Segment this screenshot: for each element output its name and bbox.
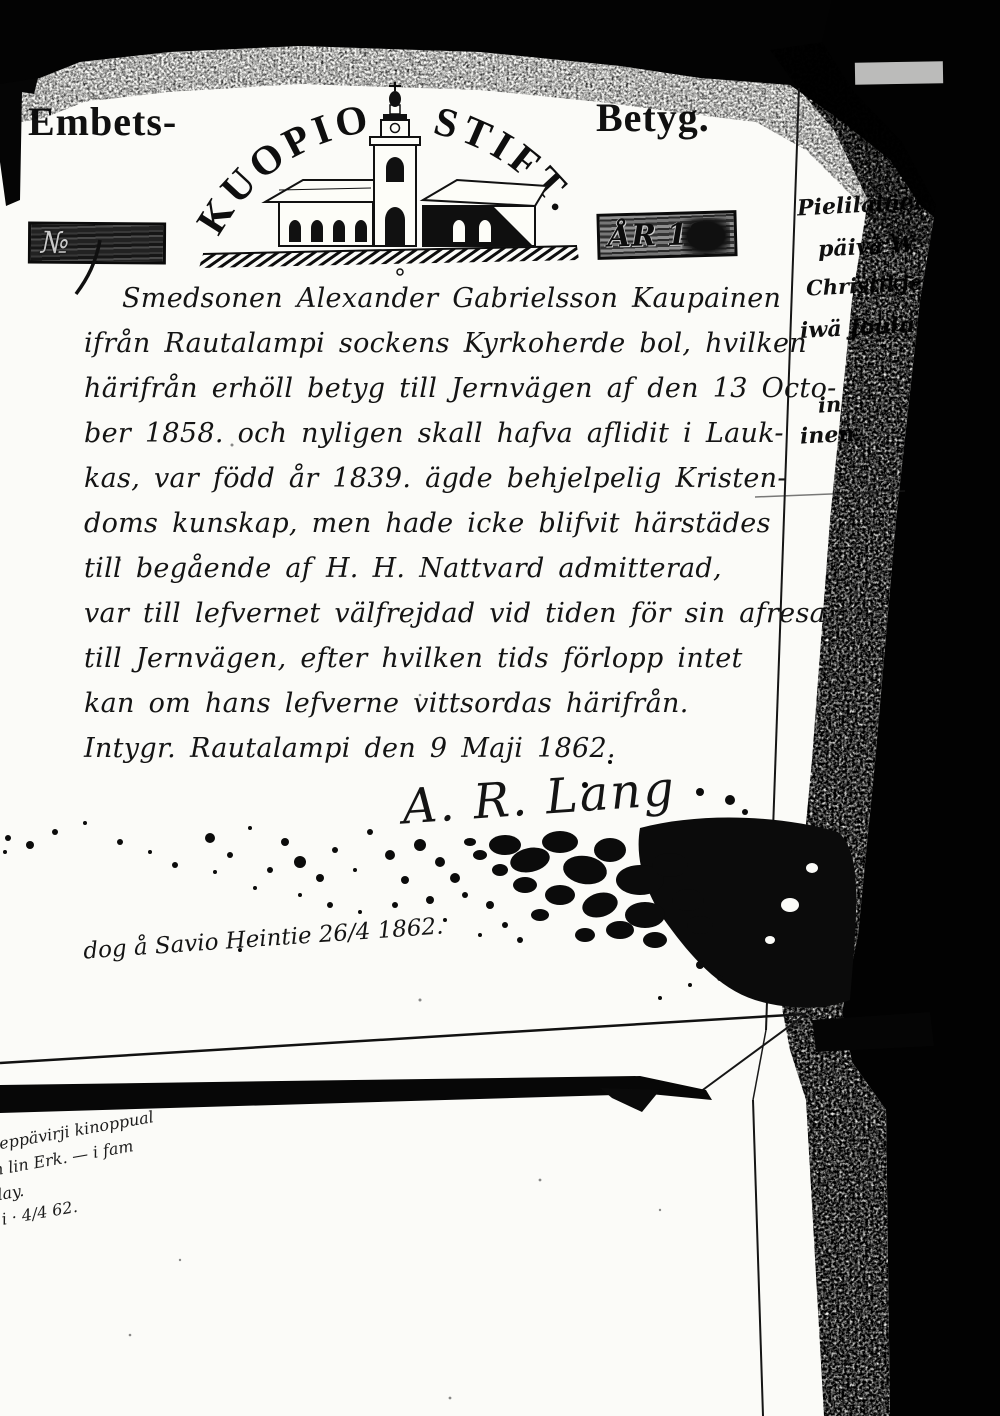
sheet-edge-line xyxy=(0,1014,806,1063)
body-line: till begående af H. H. Nattvard admitter… xyxy=(84,553,722,584)
page-edge-line xyxy=(753,1100,763,1416)
body-line: var till lefvernet välfrejdad vid tiden … xyxy=(84,598,826,629)
adjacent-page-fragment: päivä W xyxy=(817,231,916,262)
scanned-certificate-page: Embets- Betyg. KUOPIO STIFT. xyxy=(0,0,1000,1416)
body-line: ifrån Rautalampi sockens Kyrkoherde bol,… xyxy=(84,328,807,359)
header-right-title: Betyg. xyxy=(596,94,710,141)
body-line: Intygr. Rautalampi den 9 Maji 1862. xyxy=(84,733,616,764)
handwritten-body: Smedsonen Alexander Gabrielsson Kaupaine… xyxy=(84,283,804,803)
adjacent-page-fragment: in xyxy=(817,391,842,417)
body-line: kan om hans lefverne vittsordas härifrån… xyxy=(84,688,689,719)
adjacent-page-fragment: inen. xyxy=(799,420,862,449)
number-label: № xyxy=(41,225,70,260)
bottom-left-note: Leppävirji kinoppual n lin Erk. — i fam … xyxy=(0,1104,169,1232)
body-line: till Jernvägen, efter hvilken tids förlo… xyxy=(84,643,743,674)
body-line: doms kunskap, men hade icke blifvit härs… xyxy=(84,508,771,539)
sheet-shadow-wedge xyxy=(0,1076,712,1113)
ink-smudge xyxy=(682,217,731,254)
certificate-number-box: № xyxy=(28,222,166,265)
adjacent-page-fragment: Pielilainen xyxy=(796,189,930,222)
death-margin-note: dog å Savio Heintie 26/4 1862. xyxy=(83,913,445,964)
header-left-title: Embets- xyxy=(28,98,177,145)
body-line: kas, var född år 1839. ägde behjelpelig … xyxy=(84,463,787,494)
year-box: ÅR 18 xyxy=(596,210,737,260)
body-line: Smedsonen Alexander Gabrielsson Kaupaine… xyxy=(84,283,781,314)
adjacent-page-fragment: Christikjefe xyxy=(805,268,945,300)
body-line: ber 1858. och nyligen skall hafva aflidi… xyxy=(84,418,784,449)
church-engraving: KUOPIO STIFT. xyxy=(195,78,595,278)
adjacent-page-fragment: iwä Joulu xyxy=(799,312,915,344)
body-line: härifrån erhöll betyg till Jernvägen af … xyxy=(84,373,837,404)
